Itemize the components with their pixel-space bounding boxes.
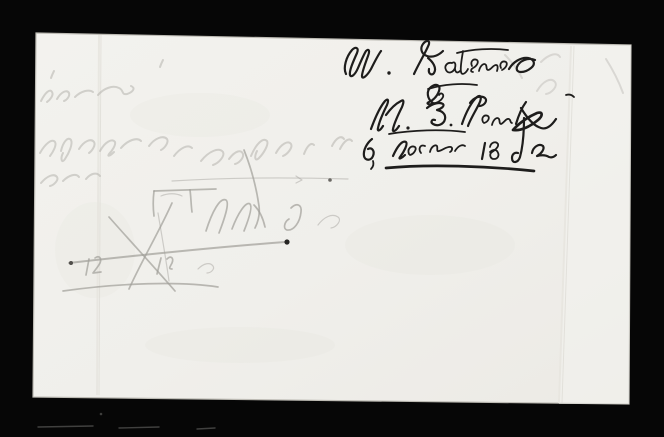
pencil-dot: [284, 239, 289, 244]
scratch-stroke: [38, 426, 93, 427]
paper-blotch: [130, 93, 270, 137]
scratch-dot: [100, 413, 103, 416]
paper-blotch: [145, 327, 335, 363]
pencil-stroke: [153, 191, 154, 216]
ink-period: [450, 124, 453, 127]
paper-blotch: [345, 215, 515, 275]
ink-period: [387, 71, 390, 74]
scratch-stroke: [197, 428, 215, 429]
pencil-fleck: [328, 178, 332, 182]
paper-sheet: [33, 33, 631, 404]
pencil-dot: [69, 261, 73, 265]
scanned-page: [0, 0, 664, 437]
scratch-stroke: [119, 427, 159, 428]
paper-blotch: [55, 202, 135, 298]
ink-period: [406, 126, 409, 129]
manuscript-scan: [0, 0, 664, 437]
